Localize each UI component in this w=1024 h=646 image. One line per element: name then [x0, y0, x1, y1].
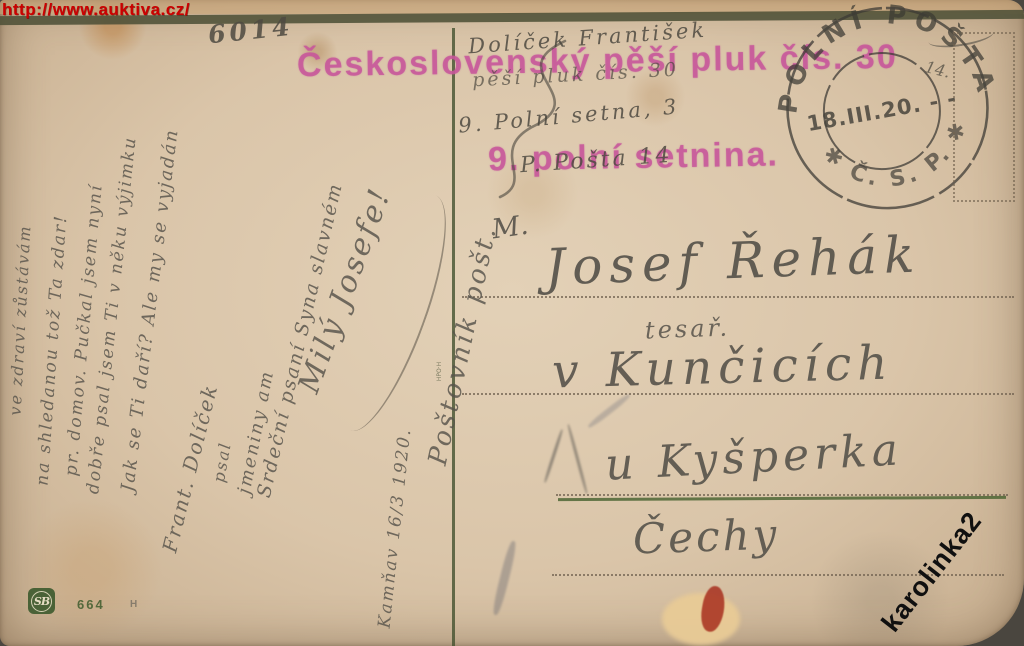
graphite-smudge	[491, 540, 518, 616]
pencil-check-stroke	[567, 424, 589, 494]
address-ruled-line-2	[462, 393, 1014, 395]
message-dateline: Kamňav 16/3 1920.	[375, 427, 416, 629]
postcard-scan: HPO·H 6014 Československý pěší pluk čís.…	[0, 0, 1024, 646]
seller-watermark: karolinka2	[876, 506, 989, 638]
address-ruled-line-1	[462, 296, 1014, 298]
auction-site-url-watermark: http://www.auktiva.cz/	[2, 0, 190, 20]
sb-logo-monogram: SB	[34, 595, 49, 608]
message-line: psal	[209, 440, 235, 484]
postmark-date: 18.III.20. - -	[805, 86, 959, 136]
address-country: Čechy	[632, 509, 780, 563]
printer-number: 664	[77, 597, 105, 612]
pencil-check-stroke	[543, 429, 563, 483]
addressee-name: Josef Řehák	[544, 225, 922, 296]
sb-printer-logo: SB	[28, 588, 55, 614]
message-line: ve zdraví zůstávám	[6, 224, 35, 416]
printer-letter-mark: H	[130, 599, 137, 610]
address-district: u Kyšperka	[604, 424, 904, 491]
pencil-flourish	[470, 35, 660, 205]
postage-stamp-box	[953, 32, 1015, 202]
address-town: v Kunčicích	[551, 336, 894, 400]
green-underline	[558, 496, 1006, 501]
